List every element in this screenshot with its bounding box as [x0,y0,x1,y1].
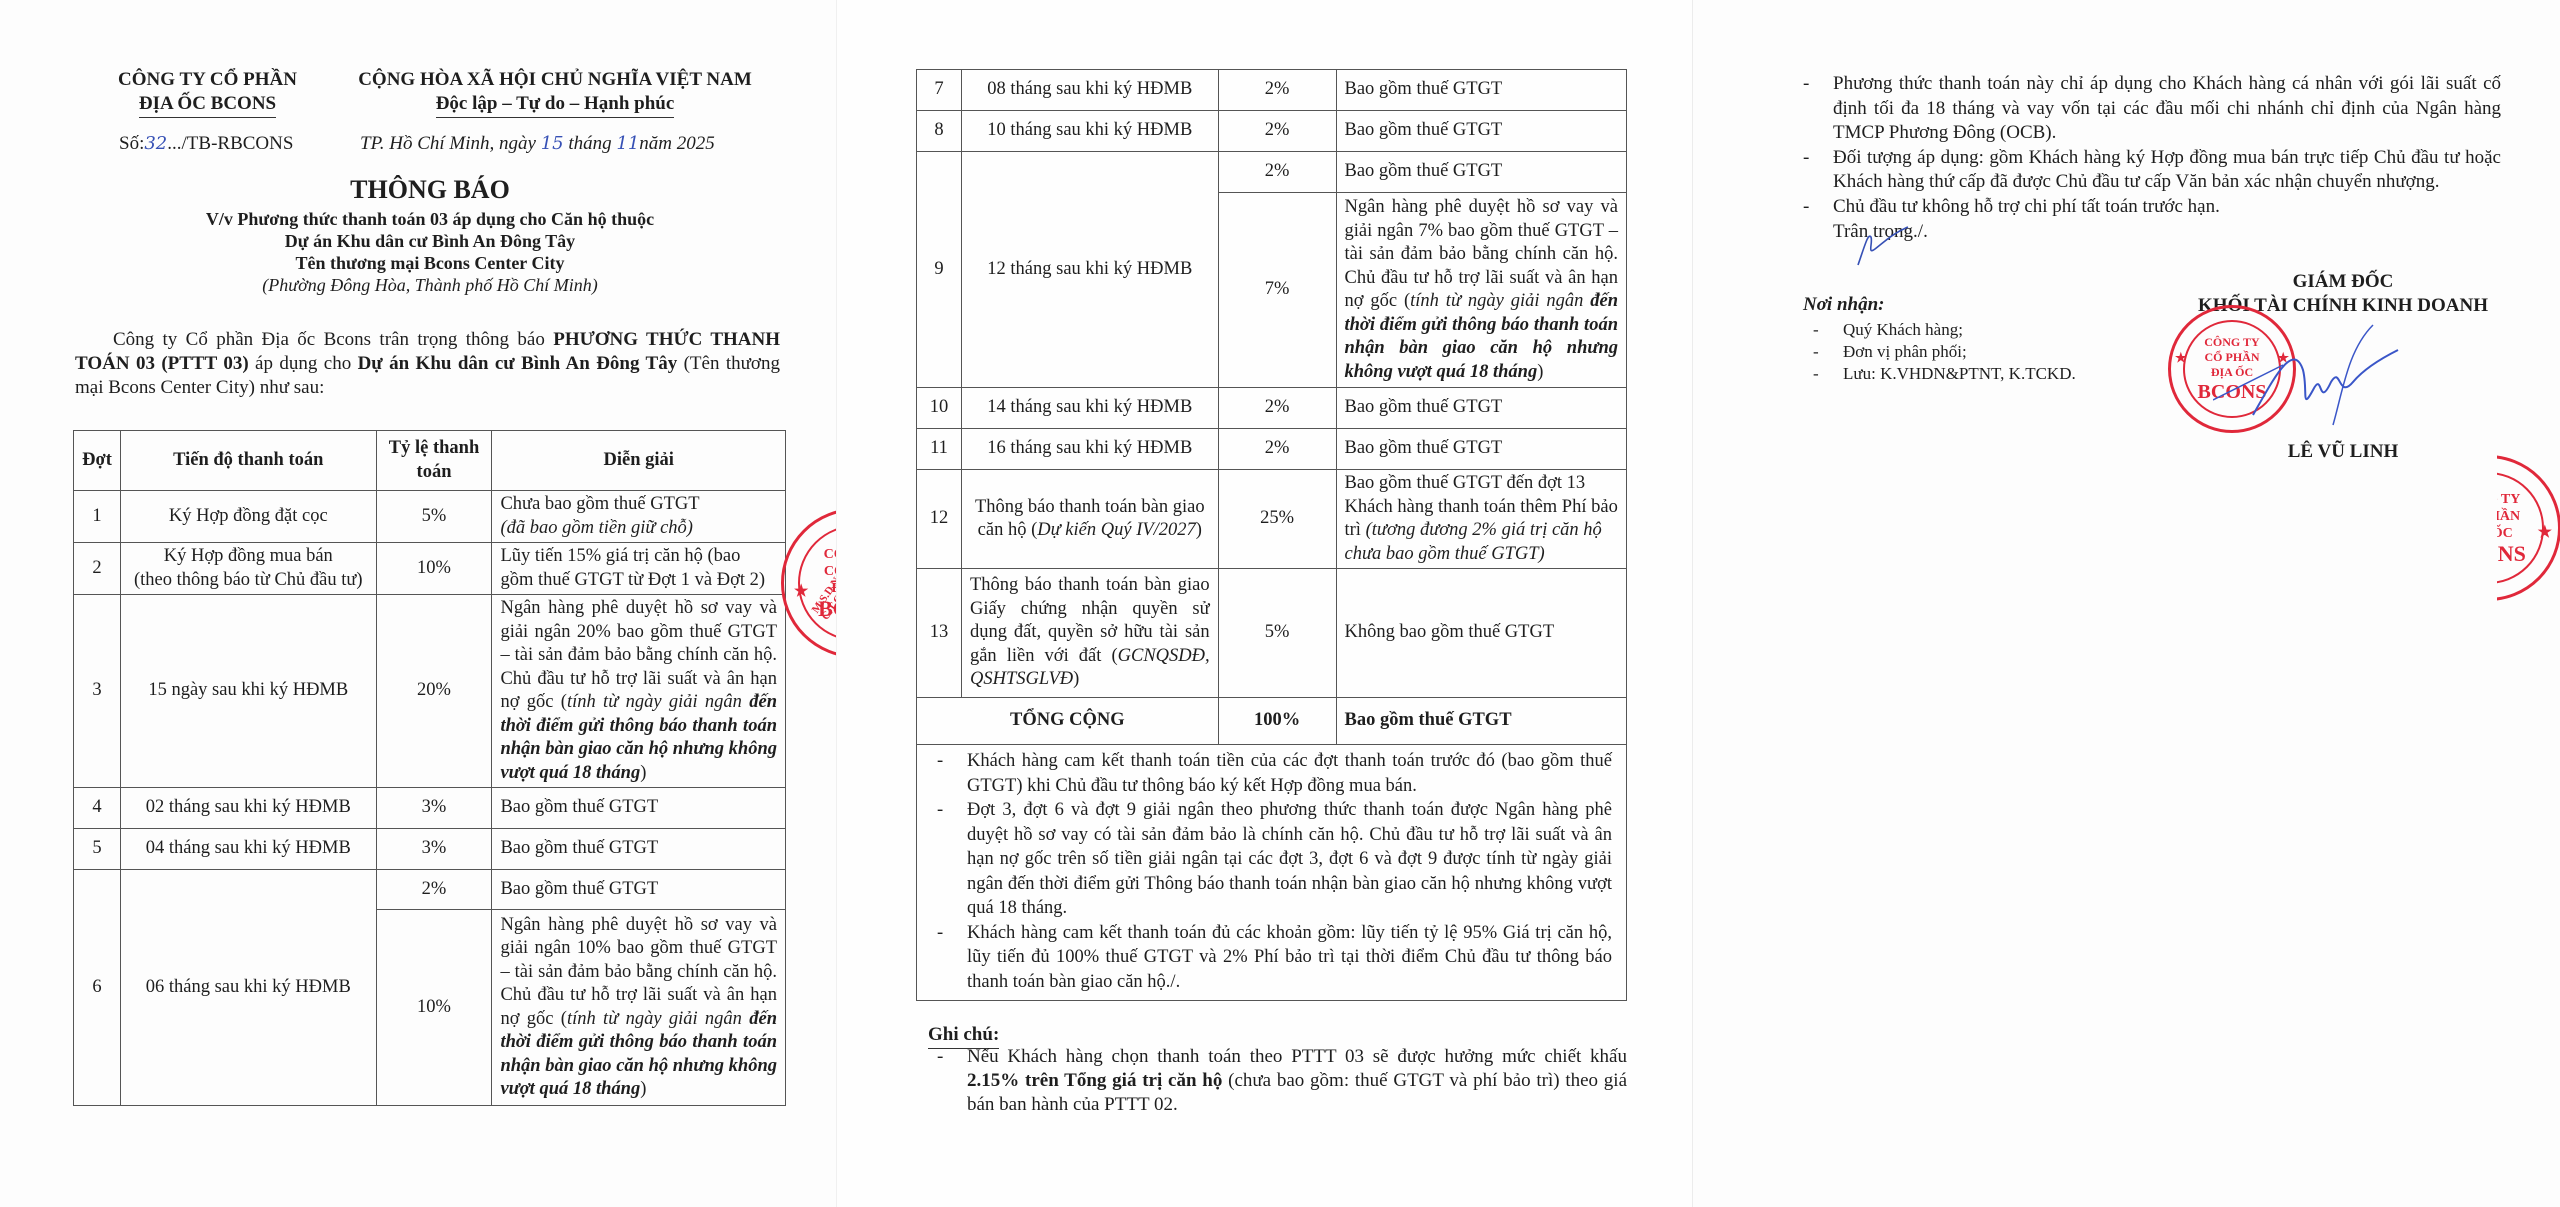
note-item: Đợt 3, đợt 6 và đợt 9 giải ngân theo phư… [927,798,1612,921]
table-row: 9 12 tháng sau khi ký HĐMB 2% Bao gồm th… [917,152,1627,193]
recipients-block: Nơi nhận: Quý Khách hàng; Đơn vị phân ph… [1803,293,2076,385]
republic-motto: Độc lập – Tự do – Hạnh phúc [436,92,675,118]
header-dot: Đợt [74,431,121,491]
table-row: 3 15 ngày sau khi ký HĐMB 20% Ngân hàng … [74,595,786,788]
table-row: 10 14 tháng sau khi ký HĐMB 2% Bao gồm t… [917,388,1627,429]
company-stamp: CÔNG TY CỔ PHẦN ĐỊA ỐC BCONS M.S.D.N:031… [781,508,837,658]
stamp-half-left: CÔNG TY CỔ PHẦN ĐỊA ỐC BCONS M.S.D.N:031… [781,508,837,658]
table-row: 7 08 tháng sau khi ký HĐMB 2% Bao gồm th… [917,70,1627,111]
table-total-row: TỔNG CỘNG 100% Bao gồm thuế GTGT [917,698,1627,745]
payment-schedule-table-part1: Đợt Tiến độ thanh toán Tỷ lệ thanh toán … [73,430,786,1106]
header-dien-giai: Diễn giải [492,431,786,491]
table-row: 4 02 tháng sau khi ký HĐMB 3% Bao gồm th… [74,788,786,829]
recipient-item: Quý Khách hàng; [1803,319,2076,341]
table-header-row: Đợt Tiến độ thanh toán Tỷ lệ thanh toán … [74,431,786,491]
table-notes: Khách hàng cam kết thanh toán tiền của c… [916,745,1627,1001]
company-name-line2: ĐỊA ỐC BCONS [139,92,276,118]
signer-name: LÊ VŨ LINH [2173,440,2513,464]
republic-line1: CỘNG HÒA XÃ HỘI CHỦ NGHĨA VIỆT NAM [345,68,765,92]
ghi-chu-list: Nếu Khách hàng chọn thanh toán theo PTTT… [927,1045,1627,1117]
document-title: THÔNG BÁO [60,174,800,206]
handwritten-month: 11 [616,133,639,154]
table-row: 13 Thông báo thanh toán bàn giao Giấy ch… [917,569,1627,698]
document-number: Số:32.../TB-RBCONS [119,132,293,156]
table-row: 2 Ký Hợp đồng mua bán(theo thông báo từ … [74,543,786,595]
intro-paragraph: Công ty Cổ phần Địa ốc Bcons trân trọng … [75,328,780,400]
document-subject: V/v Phương thức thanh toán 03 áp dụng ch… [60,208,800,296]
table-row: 5 04 tháng sau khi ký HĐMB 3% Bao gồm th… [74,829,786,870]
director-signature-icon [2213,320,2413,430]
table-row: 1 Ký Hợp đồng đặt cọc 5% Chưa bao gồm th… [74,491,786,543]
company-stamp: CÔNG TY CỔ PHẦN ĐỊA ỐC BCONS ★ [2497,455,2560,601]
condition-item: Chủ đầu tư không hỗ trợ chi phí tất toán… [1793,195,2501,220]
recipient-item: Đơn vị phân phối; [1803,341,2076,363]
initials-signature-icon [1853,225,1913,270]
handwritten-number: 32 [144,133,167,154]
handwritten-day: 15 [541,133,564,154]
document-date: TP. Hồ Chí Minh, ngày 15 tháng 11năm 202… [360,132,715,156]
document-page-2: 7 08 tháng sau khi ký HĐMB 2% Bao gồm th… [836,0,1692,1207]
note-item: Khách hàng cam kết thanh toán tiền của c… [927,749,1612,798]
conditions-list: Phương thức thanh toán này chỉ áp dụng c… [1793,72,2501,219]
table-row: 12 Thông báo thanh toán bàn giao căn hộ … [917,470,1627,569]
header-ty-le: Tỷ lệ thanh toán [376,431,492,491]
republic-header: CỘNG HÒA XÃ HỘI CHỦ NGHĨA VIỆT NAM Độc l… [345,68,765,118]
stamp-half-right: CÔNG TY CỔ PHẦN ĐỊA ỐC BCONS ★ [2497,455,2560,605]
company-name-line1: CÔNG TY CỔ PHẦN [95,68,320,92]
table-row: 8 10 tháng sau khi ký HĐMB 2% Bao gồm th… [917,111,1627,152]
ghi-chu-item: Nếu Khách hàng chọn thanh toán theo PTTT… [927,1045,1627,1117]
header-tien-do: Tiến độ thanh toán [120,431,376,491]
document-page-3: Phương thức thanh toán này chỉ áp dụng c… [1692,0,2560,1207]
company-header: CÔNG TY CỔ PHẦN ĐỊA ỐC BCONS [95,68,320,118]
condition-item: Phương thức thanh toán này chỉ áp dụng c… [1793,72,2501,146]
table-row: 6 06 tháng sau khi ký HĐMB 2% Bao gồm th… [74,870,786,910]
table-row: 11 16 tháng sau khi ký HĐMB 2% Bao gồm t… [917,429,1627,470]
note-item: Khách hàng cam kết thanh toán đủ các kho… [927,921,1612,995]
recipient-item: Lưu: K.VHDN&PTNT, K.TCKD. [1803,363,2076,385]
document-page-1: CÔNG TY CỔ PHẦN ĐỊA ỐC BCONS CỘNG HÒA XÃ… [0,0,836,1207]
condition-item: Đối tượng áp dụng: gồm Khách hàng ký Hợp… [1793,146,2501,195]
payment-schedule-table-part2: 7 08 tháng sau khi ký HĐMB 2% Bao gồm th… [916,69,1627,745]
